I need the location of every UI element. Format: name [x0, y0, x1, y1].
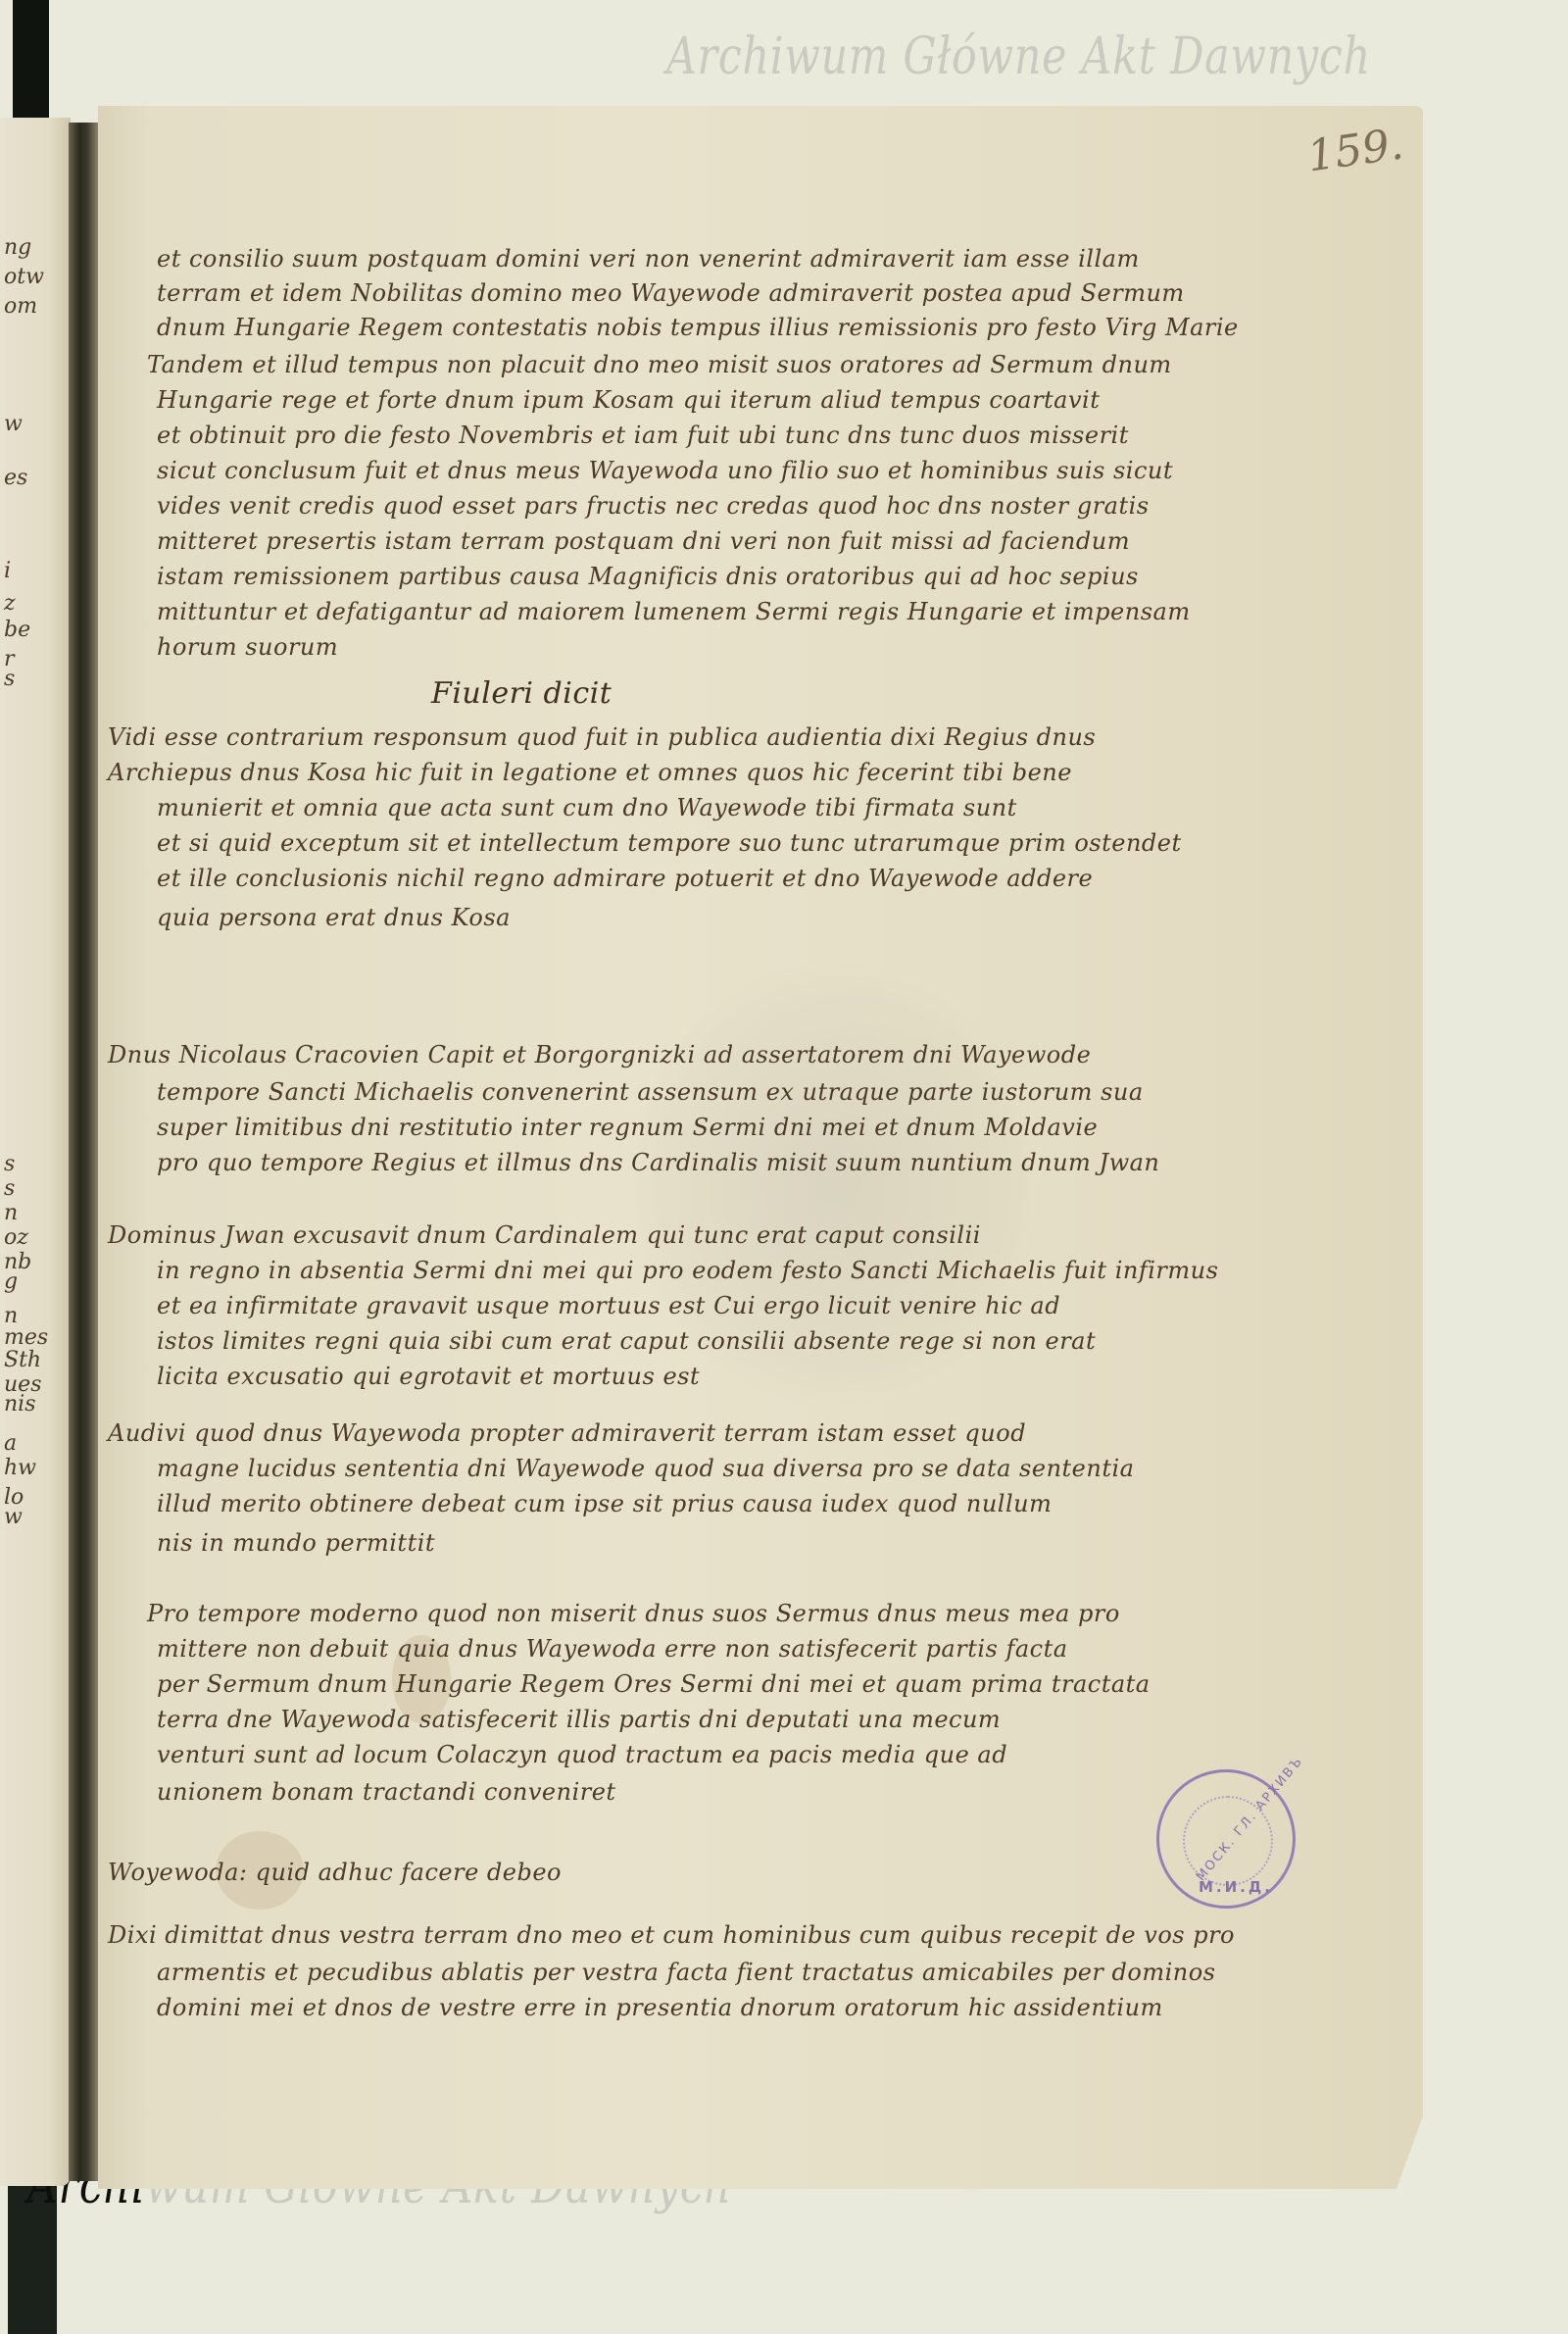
manuscript-line: horum suorum — [157, 633, 338, 661]
manuscript-line: pro quo tempore Regius et illmus dns Car… — [157, 1149, 1159, 1176]
left-page-text-fragment: w — [4, 412, 23, 436]
manuscript-line: mitteret presertis istam terram postquam… — [157, 527, 1130, 555]
manuscript-line: Audivi quod dnus Wayewoda propter admira… — [108, 1419, 1026, 1447]
left-page-text-fragment: s — [4, 1176, 15, 1201]
manuscript-line: munierit et omnia que acta sunt cum dno … — [157, 794, 1017, 821]
manuscript-line: domini mei et dnos de vestre erre in pre… — [157, 1994, 1163, 2021]
book-gutter — [69, 123, 100, 2181]
manuscript-line: Dominus Jwan excusavit dnum Cardinalem q… — [108, 1221, 981, 1249]
manuscript-line: et si quid exceptum sit et intellectum t… — [157, 829, 1182, 857]
left-page-text-fragment: otw — [4, 265, 44, 289]
manuscript-line: mittuntur et defatigantur ad maiorem lum… — [157, 598, 1191, 625]
left-page-text-fragment: oz — [4, 1225, 28, 1250]
binding-strip-top — [13, 0, 49, 127]
manuscript-line: super limitibus dni restitutio inter reg… — [157, 1114, 1098, 1141]
manuscript-line: in regno in absentia Sermi dni mei qui p… — [157, 1257, 1218, 1284]
manuscript-line: licita excusatio qui egrotavit et mortuu… — [157, 1363, 700, 1390]
manuscript-line: et obtinuit pro die festo Novembris et i… — [157, 422, 1129, 449]
left-page-text-fragment: n — [4, 1201, 18, 1225]
left-page-text-fragment: z — [4, 591, 16, 616]
manuscript-line: armentis et pecudibus ablatis per vestra… — [157, 1959, 1216, 1986]
left-page-text-fragment: Sth — [4, 1348, 41, 1372]
manuscript-line: et consilio suum postquam domini veri no… — [157, 245, 1140, 273]
left-page-text-fragment: ng — [4, 235, 31, 260]
manuscript-line: sicut conclusum fuit et dnus meus Wayewo… — [157, 457, 1173, 484]
left-page-text-fragment: i — [4, 559, 11, 583]
manuscript-line: dnum Hungarie Regem contestatis nobis te… — [157, 314, 1239, 341]
left-page-text-fragment: be — [4, 618, 30, 642]
left-page-text-fragment: w — [4, 1505, 23, 1529]
left-page-text-fragment: s — [4, 1152, 15, 1176]
manuscript-line: istam remissionem partibus causa Magnifi… — [157, 563, 1139, 590]
left-page-text-fragment: s — [4, 667, 15, 691]
manuscript-line: Dnus Nicolaus Cracovien Capit et Borgorg… — [108, 1041, 1091, 1068]
manuscript-line: magne lucidus sententia dni Wayewode quo… — [157, 1455, 1134, 1482]
manuscript-line: mittere non debuit quia dnus Wayewoda er… — [157, 1635, 1068, 1663]
left-page-text-fragment: hw — [4, 1456, 36, 1480]
manuscript-line: terra dne Wayewoda satisfecerit illis pa… — [157, 1706, 1001, 1733]
manuscript-line: istos limites regni quia sibi cum erat c… — [157, 1327, 1096, 1355]
manuscript-line: Archiepus dnus Kosa hic fuit in legation… — [108, 759, 1072, 786]
left-page-text-fragment: mes — [4, 1325, 48, 1350]
left-page-text-fragment: es — [4, 466, 27, 490]
manuscript-line: nis in mundo permittit — [157, 1529, 435, 1557]
manuscript-line: quia persona erat dnus Kosa — [157, 904, 511, 931]
archive-watermark-top: Archiwum Główne Akt Dawnych — [666, 27, 1371, 86]
manuscript-line: tempore Sancti Michaelis convenerint ass… — [157, 1078, 1144, 1106]
left-page-text-fragment: om — [4, 294, 37, 319]
manuscript-line: venturi sunt ad locum Colaczyn quod trac… — [157, 1741, 1007, 1768]
manuscript-line: terram et idem Nobilitas domino meo Waye… — [157, 279, 1185, 307]
manuscript-line: Dixi dimittat dnus vestra terram dno meo… — [108, 1921, 1235, 1949]
manuscript-line: Vidi esse contrarium responsum quod fuit… — [108, 723, 1096, 751]
manuscript-line: Woyewoda: quid adhuc facere debeo — [108, 1859, 562, 1886]
manuscript-line: Pro tempore moderno quod non miserit dnu… — [147, 1600, 1120, 1627]
section-heading: Fiuleri dicit — [431, 676, 612, 711]
left-page-text-fragment: nis — [4, 1392, 36, 1416]
manuscript-line: et ea infirmitate gravavit usque mortuus… — [157, 1292, 1060, 1319]
stamp-bottom-text: М.И.Д. — [1199, 1878, 1273, 1896]
manuscript-line: Tandem et illud tempus non placuit dno m… — [147, 351, 1172, 378]
archive-stamp: МОСК. ГЛ. АРХИВЪ М.И.Д. — [1156, 1769, 1296, 1909]
manuscript-line: illud merito obtinere debeat cum ipse si… — [157, 1490, 1052, 1517]
manuscript-line: per Sermum dnum Hungarie Regem Ores Serm… — [157, 1670, 1151, 1698]
left-page-text-fragment: g — [4, 1269, 18, 1294]
manuscript-line: unionem bonam tractandi conveniret — [157, 1778, 616, 1806]
manuscript-line: et ille conclusionis nichil regno admira… — [157, 865, 1093, 892]
left-page-text-fragment: a — [4, 1431, 17, 1456]
manuscript-line: Hungarie rege et forte dnum ipum Kosam q… — [157, 386, 1100, 414]
manuscript-line: vides venit credis quod esset pars fruct… — [157, 492, 1150, 520]
